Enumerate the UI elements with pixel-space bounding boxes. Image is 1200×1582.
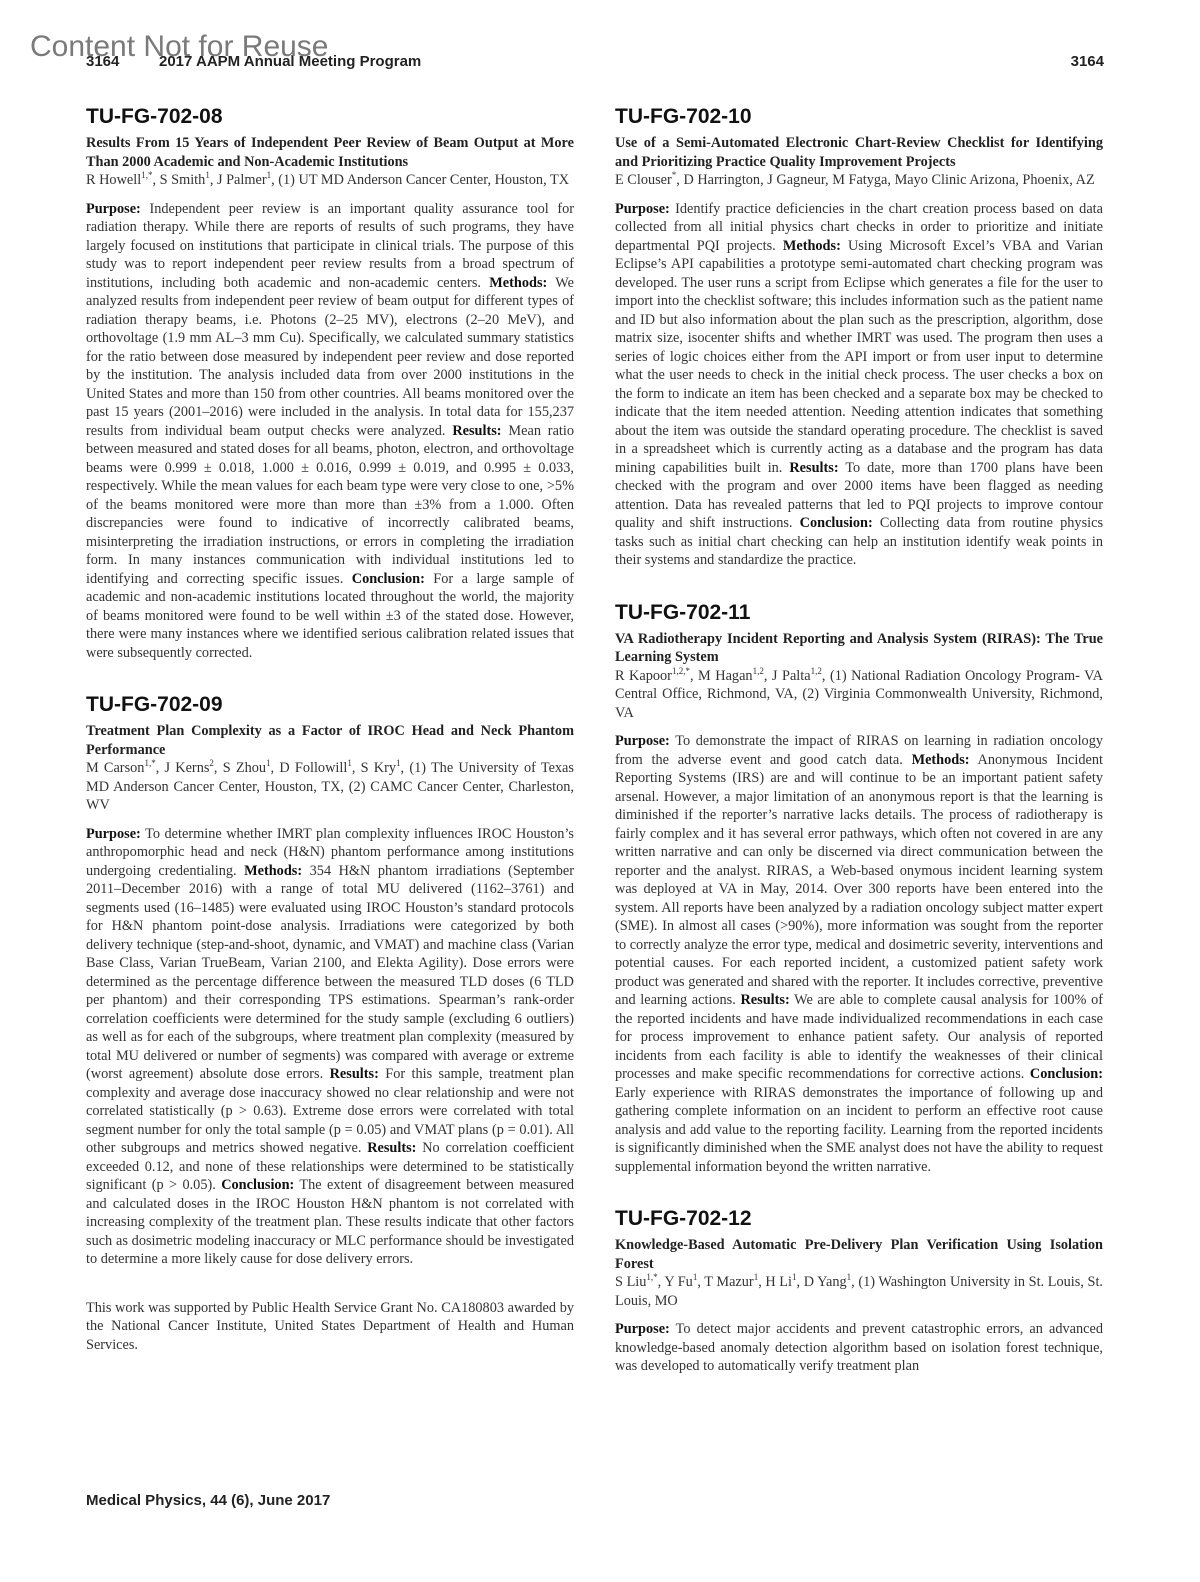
- acknowledgment: This work was supported by Public Health…: [86, 1299, 574, 1355]
- author-name: J Palta: [772, 668, 811, 684]
- author-superscript: 1: [267, 170, 272, 180]
- section-text: Early experience with RIRAS demonstrates…: [615, 1085, 1103, 1175]
- author-superscript: 1: [347, 758, 352, 768]
- section-label: Purpose:: [86, 826, 141, 842]
- abstract-body: Purpose: To determine whether IMRT plan …: [86, 825, 574, 1269]
- abstract-body: Purpose: To detect major accidents and p…: [615, 1320, 1103, 1376]
- author-name: D Followill: [279, 760, 347, 776]
- abstract-body: Purpose: Identify practice deficiencies …: [615, 200, 1103, 570]
- author-name: S Liu: [615, 1274, 646, 1290]
- section-text: Mean ratio between measured and stated d…: [86, 423, 574, 587]
- abstract-id: TU-FG-702-09: [86, 692, 574, 718]
- abstract: TU-FG-702-09Treatment Plan Complexity as…: [86, 692, 574, 1354]
- author-affiliations: (1) UT MD Anderson Cancer Center, Housto…: [278, 172, 569, 188]
- author-name: J Kerns: [164, 760, 209, 776]
- abstract-title: VA Radiotherapy Incident Reporting and A…: [615, 630, 1103, 667]
- section-text: Using Microsoft Excel’s VBA and Varian E…: [615, 238, 1103, 476]
- author-superscript: 1: [792, 1272, 797, 1282]
- section-text: 354 H&N phantom irradiations (September …: [86, 863, 574, 1083]
- author-name: S Smith: [160, 172, 206, 188]
- author-name: E Clouser: [615, 172, 672, 188]
- author-superscript: 1,*: [141, 170, 152, 180]
- section-label: Purpose:: [615, 733, 670, 749]
- section-label: Purpose:: [615, 201, 670, 217]
- section-label: Purpose:: [615, 1321, 670, 1337]
- left-column: TU-FG-702-08Results From 15 Years of Ind…: [86, 104, 574, 1384]
- section-label: Methods:: [783, 238, 841, 254]
- abstract-id: TU-FG-702-08: [86, 104, 574, 130]
- author-superscript: 1: [693, 1272, 698, 1282]
- abstract-authors: E Clouser*, D Harrington, J Gagneur, M F…: [615, 171, 1103, 190]
- abstract: TU-FG-702-12Knowledge-Based Automatic Pr…: [615, 1206, 1103, 1376]
- abstract-authors: R Kapoor1,2,*, M Hagan1,2, J Palta1,2, (…: [615, 667, 1103, 723]
- abstract-body: Purpose: To demonstrate the impact of RI…: [615, 732, 1103, 1176]
- author-superscript: 1,*: [144, 758, 155, 768]
- abstract: TU-FG-702-11VA Radiotherapy Incident Rep…: [615, 600, 1103, 1177]
- author-name: D Harrington: [683, 172, 760, 188]
- abstract: TU-FG-702-10Use of a Semi-Automated Elec…: [615, 104, 1103, 570]
- abstract-title: Use of a Semi-Automated Electronic Chart…: [615, 134, 1103, 171]
- abstract-id: TU-FG-702-11: [615, 600, 1103, 626]
- journal-footer: Medical Physics, 44 (6), June 2017: [86, 1492, 330, 1509]
- abstract-title: Treatment Plan Complexity as a Factor of…: [86, 722, 574, 759]
- author-name: H Li: [765, 1274, 792, 1290]
- section-label: Purpose:: [86, 201, 141, 217]
- author-superscript: *: [672, 170, 677, 180]
- section-label: Conclusion:: [800, 515, 873, 531]
- section-label: Methods:: [912, 752, 970, 768]
- author-superscript: 1,2: [753, 666, 764, 676]
- right-column: TU-FG-702-10Use of a Semi-Automated Elec…: [615, 104, 1103, 1406]
- author-affiliations: Mayo Clinic Arizona, Phoenix, AZ: [895, 172, 1095, 188]
- author-name: R Howell: [86, 172, 141, 188]
- section-text: Anonymous Incident Reporting Systems (IR…: [615, 752, 1103, 1009]
- abstract: TU-FG-702-08Results From 15 Years of Ind…: [86, 104, 574, 662]
- section-label: Conclusion:: [352, 571, 425, 587]
- abstract-id: TU-FG-702-10: [615, 104, 1103, 130]
- author-superscript: 1: [754, 1272, 759, 1282]
- author-name: S Zhou: [223, 760, 266, 776]
- author-superscript: 1,*: [646, 1272, 657, 1282]
- section-label: Conclusion:: [221, 1177, 294, 1193]
- author-superscript: 1: [396, 758, 401, 768]
- author-name: M Hagan: [698, 668, 753, 684]
- author-superscript: 1: [205, 170, 210, 180]
- author-name: S Kry: [361, 760, 396, 776]
- author-superscript: 2: [209, 758, 214, 768]
- section-label: Methods:: [244, 863, 302, 879]
- author-superscript: 1: [266, 758, 271, 768]
- author-name: R Kapoor: [615, 668, 672, 684]
- author-name: Y Fu: [664, 1274, 693, 1290]
- author-name: M Carson: [86, 760, 144, 776]
- section-label: Methods:: [489, 275, 547, 291]
- section-label: Results:: [452, 423, 501, 439]
- section-label: Results:: [367, 1140, 416, 1156]
- section-label: Conclusion:: [1030, 1066, 1103, 1082]
- section-label: Results:: [740, 992, 789, 1008]
- page-number-right: 3164: [1071, 53, 1104, 70]
- abstract-id: TU-FG-702-12: [615, 1206, 1103, 1232]
- abstract-authors: R Howell1,*, S Smith1, J Palmer1, (1) UT…: [86, 171, 574, 190]
- abstract-body: Purpose: Independent peer review is an i…: [86, 200, 574, 663]
- abstract-title: Knowledge-Based Automatic Pre-Delivery P…: [615, 1236, 1103, 1273]
- author-name: J Palmer: [217, 172, 267, 188]
- author-superscript: 1,2: [811, 666, 822, 676]
- abstract-authors: M Carson1,*, J Kerns2, S Zhou1, D Follow…: [86, 759, 574, 815]
- section-label: Results:: [789, 460, 838, 476]
- section-label: Results:: [330, 1066, 379, 1082]
- abstract-authors: S Liu1,*, Y Fu1, T Mazur1, H Li1, D Yang…: [615, 1273, 1103, 1310]
- section-text: To detect major accidents and prevent ca…: [615, 1321, 1103, 1374]
- author-superscript: 1,2,*: [672, 666, 690, 676]
- watermark: Content Not for Reuse: [30, 30, 329, 64]
- author-name: J Gagneur: [767, 172, 825, 188]
- author-name: M Fatyga: [832, 172, 887, 188]
- author-name: T Mazur: [704, 1274, 753, 1290]
- abstract-title: Results From 15 Years of Independent Pee…: [86, 134, 574, 171]
- author-superscript: 1: [847, 1272, 852, 1282]
- section-text: We analyzed results from independent pee…: [86, 275, 574, 439]
- author-name: D Yang: [804, 1274, 847, 1290]
